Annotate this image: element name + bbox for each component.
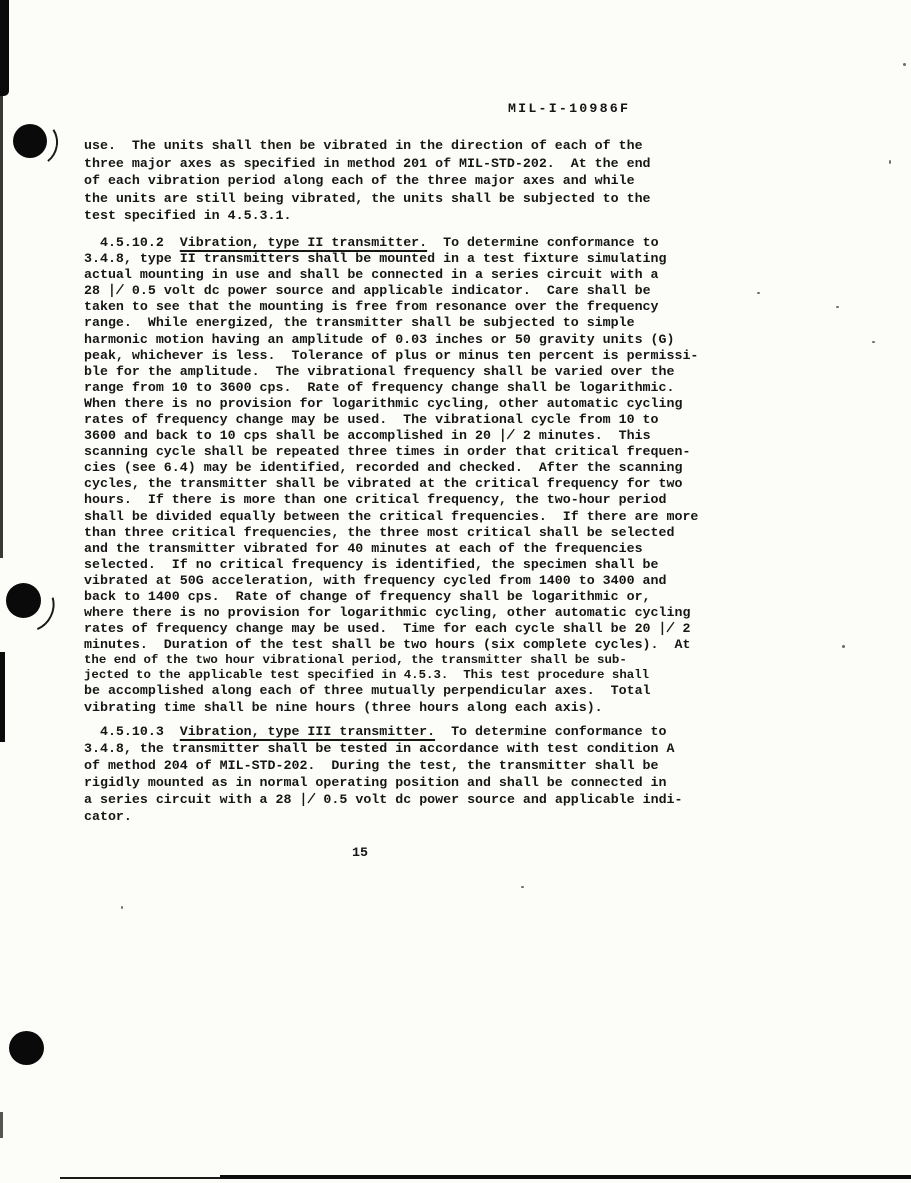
text-line: of method 204 of MIL-STD-202. During the… xyxy=(84,757,784,774)
text-line: where there is no provision for logarith… xyxy=(84,605,784,621)
text-line: a series circuit with a 28 ∤ 0.5 volt dc… xyxy=(84,791,784,808)
text-line: back to 1400 cps. Rate of change of freq… xyxy=(84,589,784,605)
scan-edge-bar-top xyxy=(0,0,9,96)
text-line: the end of the two hour vibrational peri… xyxy=(84,653,784,668)
text-line: rigidly mounted as in normal operating p… xyxy=(84,774,784,791)
text-line: cator. xyxy=(84,808,784,825)
text-line: cycles, the transmitter shall be vibrate… xyxy=(84,476,784,492)
scan-edge-mark-bottom xyxy=(0,1112,3,1138)
text-line: minutes. Duration of the test shall be t… xyxy=(84,637,784,653)
paragraph-4-5-10-3: 4.5.10.3 Vibration, type III transmitter… xyxy=(84,723,784,825)
text-line: vibrating time shall be nine hours (thre… xyxy=(84,700,784,716)
text-line: 28 ∤ 0.5 volt dc power source and applic… xyxy=(84,283,784,299)
text-line: hours. If there is more than one critica… xyxy=(84,492,784,508)
text-line: When there is no provision for logarithm… xyxy=(84,396,784,412)
text-line: 4.5.10.3 Vibration, type III transmitter… xyxy=(84,723,784,740)
text-line: 4.5.10.2 Vibration, type II transmitter.… xyxy=(84,235,784,251)
text-span: To determine conformance to xyxy=(435,724,666,739)
noise-speck xyxy=(872,341,875,343)
page-number: 15 xyxy=(352,845,368,860)
noise-speck xyxy=(842,645,845,648)
noise-speck xyxy=(121,906,123,909)
text-line: shall be divided equally between the cri… xyxy=(84,509,784,525)
scanned-document-page: MIL-I-10986F use. The units shall then b… xyxy=(0,0,911,1183)
text-line: vibrated at 50G acceleration, with frequ… xyxy=(84,573,784,589)
document-body: use. The units shall then be vibrated in… xyxy=(84,137,784,825)
text-line: of each vibration period along each of t… xyxy=(84,172,784,190)
text-line: 3.4.8, the transmitter shall be tested i… xyxy=(84,740,784,757)
text-line: use. The units shall then be vibrated in… xyxy=(84,137,784,155)
scan-edge-bar-middle xyxy=(0,96,3,558)
text-line: ble for the amplitude. The vibrational f… xyxy=(84,364,784,380)
scan-bottom-edge-line-right xyxy=(220,1175,911,1179)
text-span: To determine conformance to xyxy=(427,235,658,250)
section-title: Vibration, type III transmitter. xyxy=(180,724,435,739)
document-number: MIL-I-10986F xyxy=(508,101,630,116)
hole-punch-middle-ring xyxy=(1,575,62,639)
hole-punch-top-ring xyxy=(12,117,61,170)
hole-punch-bottom-icon xyxy=(9,1031,44,1065)
text-line: rates of frequency change may be used. T… xyxy=(84,412,784,428)
text-line: actual mounting in use and shall be conn… xyxy=(84,267,784,283)
paragraph-4-5-10-2: 4.5.10.2 Vibration, type II transmitter.… xyxy=(84,235,784,716)
text-line: 3.4.8, type II transmitters shall be mou… xyxy=(84,251,784,267)
noise-speck xyxy=(836,306,839,308)
scan-edge-bar-lower xyxy=(0,652,5,742)
text-span: 4.5.10.3 xyxy=(84,724,180,739)
text-line: three major axes as specified in method … xyxy=(84,155,784,173)
text-line: 3600 and back to 10 cps shall be accompl… xyxy=(84,428,784,444)
scan-bottom-edge-line-left xyxy=(60,1177,220,1179)
text-line: cies (see 6.4) may be identified, record… xyxy=(84,460,784,476)
text-line: harmonic motion having an amplitude of 0… xyxy=(84,332,784,348)
noise-speck xyxy=(903,63,906,66)
text-line: peak, whichever is less. Tolerance of pl… xyxy=(84,348,784,364)
text-line: test specified in 4.5.3.1. xyxy=(84,207,784,225)
paragraph-continuation: use. The units shall then be vibrated in… xyxy=(84,137,784,225)
text-line: range from 10 to 3600 cps. Rate of frequ… xyxy=(84,380,784,396)
text-line: selected. If no critical frequency is id… xyxy=(84,557,784,573)
text-line: rates of frequency change may be used. T… xyxy=(84,621,784,637)
noise-speck xyxy=(757,292,760,294)
text-line: jected to the applicable test specified … xyxy=(84,668,784,683)
noise-speck xyxy=(889,160,891,164)
text-line: than three critical frequencies, the thr… xyxy=(84,525,784,541)
text-line: and the transmitter vibrated for 40 minu… xyxy=(84,541,784,557)
noise-speck xyxy=(521,886,524,888)
text-line: range. While energized, the transmitter … xyxy=(84,315,784,331)
text-line: be accomplished along each of three mutu… xyxy=(84,683,784,699)
text-line: taken to see that the mounting is free f… xyxy=(84,299,784,315)
section-title: Vibration, type II transmitter. xyxy=(180,235,427,250)
text-line: scanning cycle shall be repeated three t… xyxy=(84,444,784,460)
text-span: 4.5.10.2 xyxy=(84,235,180,250)
text-line: the units are still being vibrated, the … xyxy=(84,190,784,208)
